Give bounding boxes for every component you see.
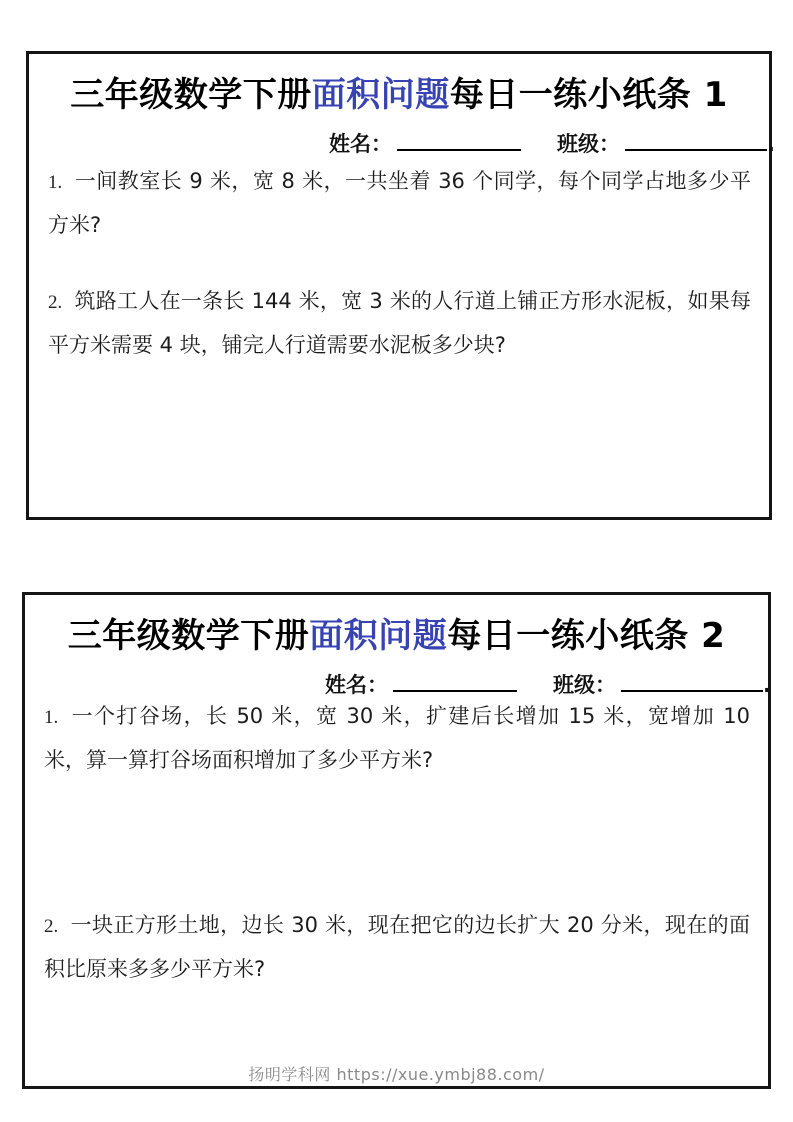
title-prefix: 三年级数学下册 xyxy=(68,616,310,656)
title-suffix: 每日一练小纸条 2 xyxy=(447,616,725,656)
name-underline-field xyxy=(393,668,517,692)
site-watermark: 扬明学科网 https://xue.ymbj88.com/ xyxy=(0,1062,793,1085)
problem-number: 1. xyxy=(44,707,58,728)
title-highlight: 面积问题 xyxy=(312,75,450,115)
problem-number: 2. xyxy=(44,916,58,937)
watermark-text: 扬明学科网 https://xue.ymbj88.com/ xyxy=(248,1065,544,1084)
problem-item: 1.一个打谷场，长 50 米，宽 30 米，扩建后长增加 15 米，宽增加 10… xyxy=(44,695,750,781)
problem-number: 1. xyxy=(48,172,62,193)
name-label: 姓名： xyxy=(329,132,392,156)
name-label: 姓名： xyxy=(325,673,388,697)
class-underline-field xyxy=(625,127,767,151)
class-underline-field xyxy=(621,668,763,692)
worksheet-card-1: 三年级数学下册面积问题每日一练小纸条 1 姓名：班级：. 1.一间教室长 9 米… xyxy=(26,51,772,520)
class-label: 班级： xyxy=(557,132,620,156)
problem-text: 筑路工人在一条长 144 米，宽 3 米的人行道上铺正方形水泥板，如果每平方米需… xyxy=(48,289,751,357)
trailing-period: . xyxy=(767,132,775,156)
problem-text: 一块正方形土地，边长 30 米，现在把它的边长扩大 20 分米，现在的面积比原来… xyxy=(44,913,750,981)
title-suffix: 每日一练小纸条 1 xyxy=(450,75,728,115)
name-class-row: 姓名：班级：. xyxy=(329,127,775,158)
title-prefix: 三年级数学下册 xyxy=(70,75,312,115)
problem-text: 一间教室长 9 米，宽 8 米，一共坐着 36 个同学，每个同学占地多少平方米? xyxy=(48,169,751,237)
trailing-period: . xyxy=(763,673,771,697)
problem-number: 2. xyxy=(48,292,62,313)
problem-item: 1.一间教室长 9 米，宽 8 米，一共坐着 36 个同学，每个同学占地多少平方… xyxy=(48,160,751,246)
class-label: 班级： xyxy=(553,673,616,697)
name-underline-field xyxy=(397,127,521,151)
worksheet-page: 三年级数学下册面积问题每日一练小纸条 1 姓名：班级：. 1.一间教室长 9 米… xyxy=(0,0,793,1122)
problem-item: 2.一块正方形土地，边长 30 米，现在把它的边长扩大 20 分米，现在的面积比… xyxy=(44,904,750,990)
sheet-2-title: 三年级数学下册面积问题每日一练小纸条 2 xyxy=(25,595,768,657)
problem-item: 2.筑路工人在一条长 144 米，宽 3 米的人行道上铺正方形水泥板，如果每平方… xyxy=(48,280,751,366)
worksheet-card-2: 三年级数学下册面积问题每日一练小纸条 2 姓名：班级：. 1.一个打谷场，长 5… xyxy=(22,592,771,1089)
problem-text: 一个打谷场，长 50 米，宽 30 米，扩建后长增加 15 米，宽增加 10 米… xyxy=(44,704,750,772)
sheet-1-title: 三年级数学下册面积问题每日一练小纸条 1 xyxy=(29,54,769,116)
title-highlight: 面积问题 xyxy=(309,616,447,656)
